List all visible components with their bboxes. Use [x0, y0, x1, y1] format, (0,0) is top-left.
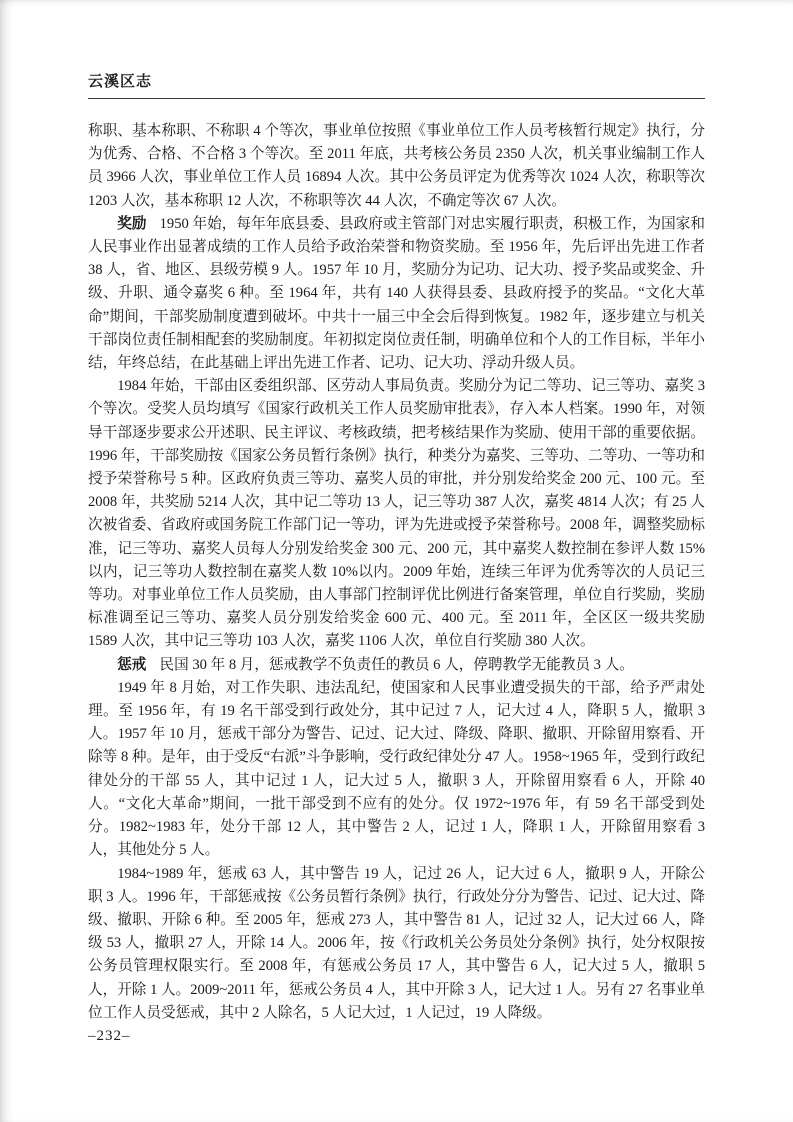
term-discipline: 惩戒	[117, 657, 146, 673]
paragraph-discipline: 惩戒民国 30 年 8 月，惩戒教学不负责任的教员 6 人，停聘教学无能教员 3…	[88, 654, 705, 677]
paragraph-text: 1984 年始，干部由区委组织部、区劳动人事局负责。奖励分为记二等功、记三等功、…	[88, 378, 705, 649]
paragraph-text: 1984~1989 年，惩戒 63 人，其中警告 19 人，记过 26 人，记大…	[88, 866, 705, 1021]
paragraph-text: 称职、基本称职、不称职 4 个等次，事业单位按照《事业单位工作人员考核暂行规定》…	[88, 123, 705, 209]
page-body-text: 称职、基本称职、不称职 4 个等次，事业单位按照《事业单位工作人员考核暂行规定》…	[88, 120, 705, 1025]
paragraph-rewards-1984: 1984 年始，干部由区委组织部、区劳动人事局负责。奖励分为记二等功、记三等功、…	[88, 375, 705, 653]
paragraph-discipline-1984: 1984~1989 年，惩戒 63 人，其中警告 19 人，记过 26 人，记大…	[88, 863, 705, 1025]
paragraph-text: 1950 年始，每年年底县委、县政府或主管部门对忠实履行职责，积极工作，为国家和…	[88, 216, 705, 371]
page-number: –232–	[88, 1028, 131, 1045]
paragraph-text: 1949 年 8 月始，对工作失职、违法乱纪，使国家和人民事业遭受损失的干部，给…	[88, 680, 705, 858]
paragraph-rewards: 奖励1950 年始，每年年底县委、县政府或主管部门对忠实履行职责，积极工作，为国…	[88, 213, 705, 375]
document-page: 云溪区志 称职、基本称职、不称职 4 个等次，事业单位按照《事业单位工作人员考核…	[0, 0, 793, 1122]
term-rewards: 奖励	[117, 216, 146, 232]
running-head-title: 云溪区志	[88, 70, 705, 91]
header-rule-divider	[88, 98, 705, 99]
paragraph-assessment-continuation: 称职、基本称职、不称职 4 个等次，事业单位按照《事业单位工作人员考核暂行规定》…	[88, 120, 705, 213]
paragraph-discipline-1949: 1949 年 8 月始，对工作失职、违法乱纪，使国家和人民事业遭受损失的干部，给…	[88, 677, 705, 863]
paragraph-text: 民国 30 年 8 月，惩戒教学不负责任的教员 6 人，停聘教学无能教员 3 人…	[160, 657, 634, 673]
